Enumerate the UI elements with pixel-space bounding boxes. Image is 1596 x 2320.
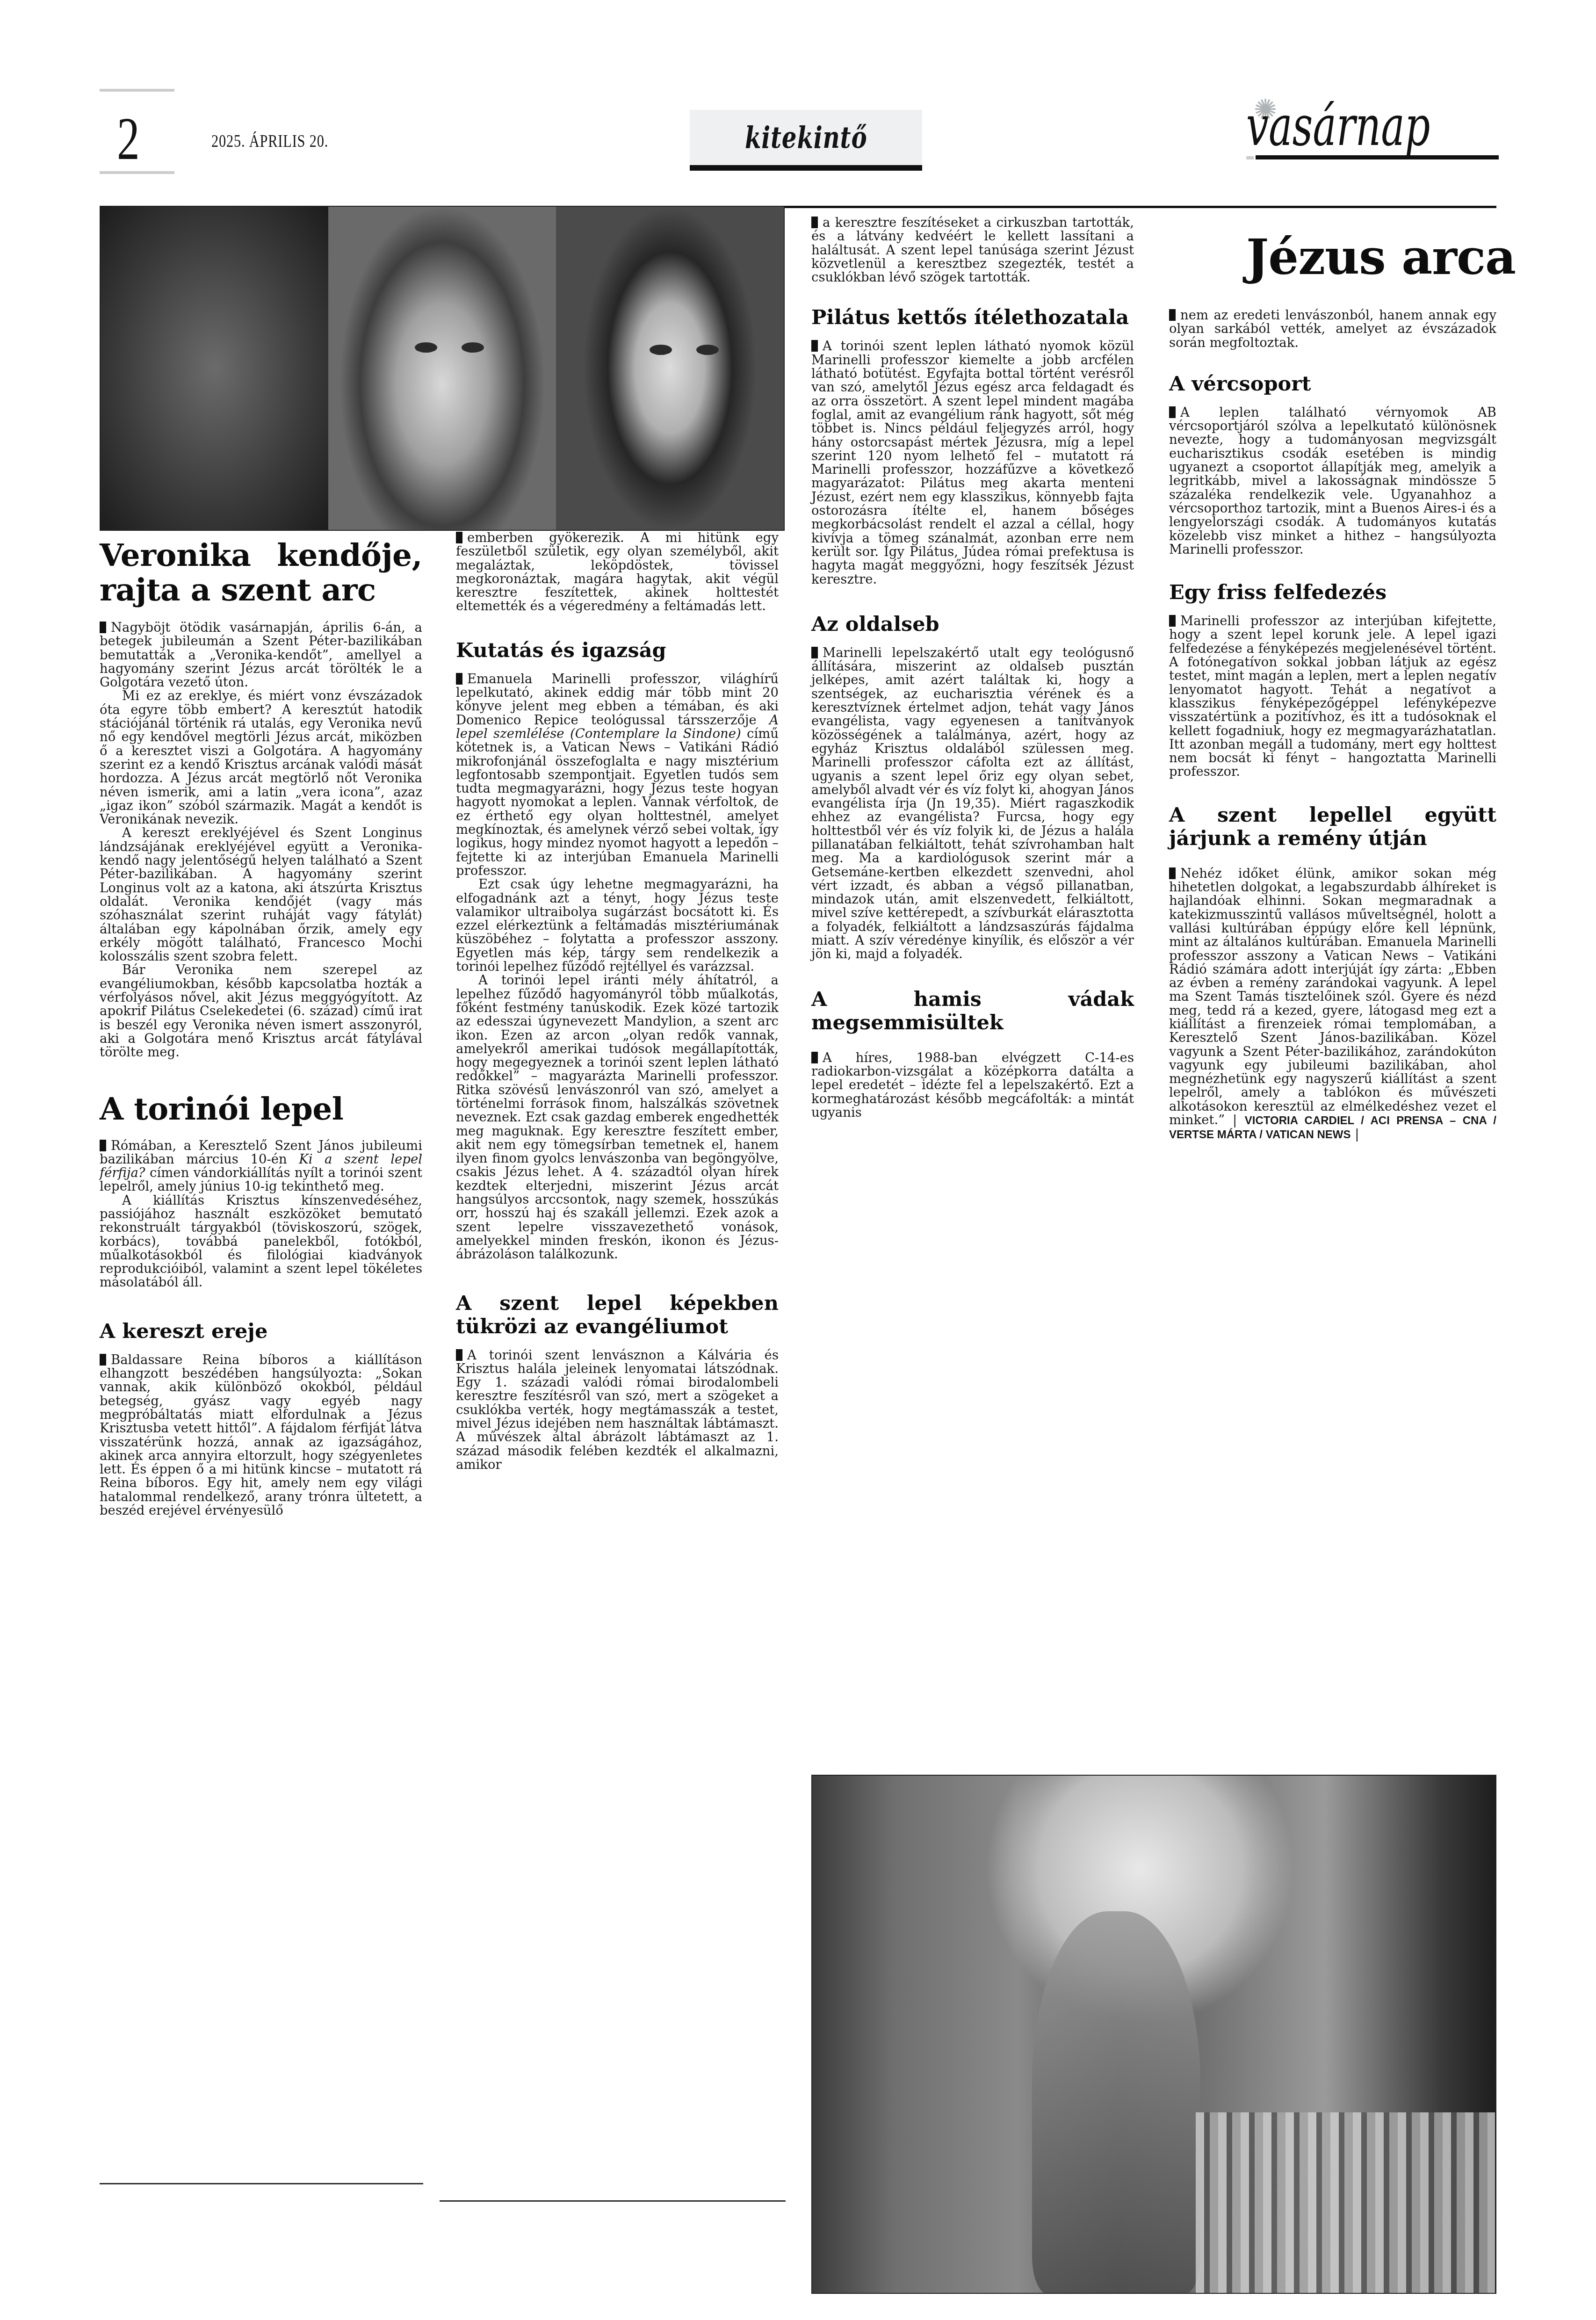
page-number: 2 <box>117 108 140 169</box>
article-paragraph: Mi ez az ereklye, és miért vonz évszázad… <box>100 689 422 826</box>
page-title: Jézus arca <box>1246 234 1516 282</box>
article-paragraph: Marinelli professzor az interjúban kifej… <box>1169 614 1496 779</box>
masthead: ✺ vasárnap <box>1246 98 1499 159</box>
article-paragraph-cont: a keresztre feszítéseket a cirkuszban ta… <box>811 216 1134 284</box>
article-paragraph: Rómában, a Keresztelő Szent János jubile… <box>100 1139 422 1194</box>
article-paragraph: A torinói szent leplen látható nyomok kö… <box>811 340 1134 586</box>
masthead-rule <box>1256 155 1499 159</box>
article-paragraph: Bár Veronika nem szerepel az evangéliumo… <box>100 963 422 1059</box>
subhead-kepekben: A szent lepel képekben tükrözi az evangé… <box>456 1292 779 1338</box>
subhead-oldalseb: Az oldalseb <box>811 613 1134 636</box>
article-paragraph: Emanuela Marinelli professzor, világhírű… <box>456 672 779 878</box>
subhead-kereszt-ereje: A kereszt ereje <box>100 1320 422 1343</box>
article-paragraph: Nagyböjt ötödik vasárnapján, április 6-á… <box>100 621 422 689</box>
article-paragraph: A torinói szent lenvásznon a Kálvária és… <box>456 1349 779 1472</box>
masthead-title: vasárnap <box>1246 98 1430 153</box>
reconstructed-face-image <box>328 207 556 530</box>
subhead-vercsoport: A vércsoport <box>1169 372 1496 396</box>
article-paragraph: Marinelli lepelszakértő utalt egy teológ… <box>811 646 1134 961</box>
article-paragraph: A torinói lepel iránti mély áhítatról, a… <box>456 974 779 1261</box>
section-rubric-label: kitekintő <box>745 120 867 155</box>
article-paragraph: Ezt csak úgy lehetne megmagyarázni, ha e… <box>456 878 779 974</box>
column-3: a keresztre feszítéseket a cirkuszban ta… <box>811 216 1134 1120</box>
issue-date: 2025. ÁPRILIS 20. <box>211 131 328 152</box>
masthead-rule-accent <box>1246 156 1254 159</box>
column-2: emberben gyökerezik. A mi hitünk egy fes… <box>456 531 779 1472</box>
article-paragraph: Nehéz időket élünk, amikor sokan még hih… <box>1169 867 1496 1142</box>
subhead-pilatus: Pilátus kettős ítélethozatala <box>811 306 1134 329</box>
column-1: Veronika kendője, rajta a szent arc Nagy… <box>100 538 422 1518</box>
article-paragraph: A kiállítás Krisztus kínszenvedéséhez, p… <box>100 1194 422 1290</box>
column-end-rule <box>440 2200 786 2202</box>
article-paragraph-cont: nem az eredeti lenvászonból, hanem annak… <box>1169 309 1496 350</box>
subhead-kutatas-igazsag: Kutatás és igazság <box>456 639 779 662</box>
subhead-remeny-utjan: A szent lepellel együtt járjunk a remény… <box>1169 803 1496 850</box>
subhead-hamis-vadak: A hamis vádak megsemmisültek <box>811 988 1134 1034</box>
headline-veronika: Veronika kendője, rajta a szent arc <box>100 538 422 607</box>
statue-figure <box>1032 1911 1200 2294</box>
altar-reliquaries <box>1196 2112 1495 2294</box>
column-4: nem az eredeti lenvászonból, hanem annak… <box>1169 309 1496 1142</box>
page-number-bar-bottom <box>100 171 174 174</box>
page-number-bar-top <box>100 89 174 92</box>
article-paragraph: A kereszt ereklyéjével és Szent Longinus… <box>100 826 422 963</box>
subhead-friss-felfedezes: Egy friss felfedezés <box>1169 581 1496 604</box>
article-paragraph: A híres, 1988-ban elvégzett C-14-es radi… <box>811 1051 1134 1120</box>
article-paragraph: A leplen található vérnyomok AB vércsopo… <box>1169 406 1496 557</box>
veronika-statue-photo <box>811 1775 1496 2294</box>
column-end-rule <box>100 2183 423 2184</box>
shroud-face-image <box>101 207 328 530</box>
section-rubric: kitekintő <box>690 110 922 171</box>
article-paragraph: Baldassare Reina bíboros a kiállításon e… <box>100 1353 422 1518</box>
faces-photo <box>100 206 785 531</box>
headline-torinoi-lepel: A torinói lepel <box>100 1091 422 1126</box>
icon-face-image <box>556 207 784 530</box>
article-paragraph-cont: emberben gyökerezik. A mi hitünk egy fes… <box>456 531 779 614</box>
